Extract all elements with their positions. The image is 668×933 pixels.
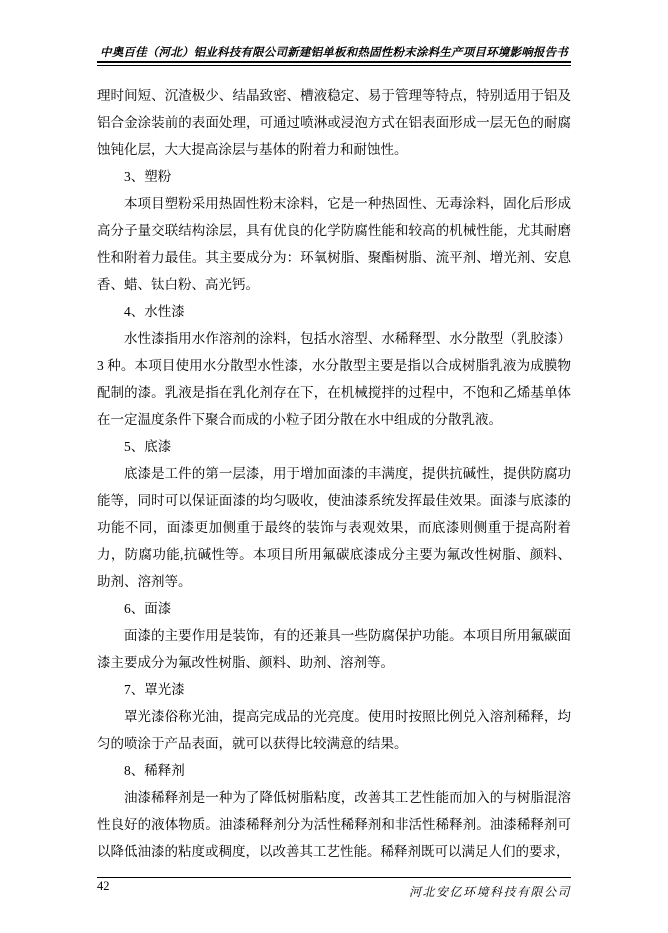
section-heading-8-xishiji: 8、稀释剂: [97, 757, 571, 784]
header-double-rule: [97, 61, 571, 66]
paragraph: 水性漆指用水作溶剂的涂料，包括水溶型、水稀释型、水分散型（乳胶漆）3 种。本项目…: [97, 325, 571, 433]
paragraph: 罩光漆俗称光油，提高完成品的光亮度。使用时按照比例兑入溶剂稀释，均匀的喷涂于产品…: [97, 703, 571, 757]
document-page: 中奥百佳（河北）铝业科技有限公司新建铝单板和热固性粉末涂料生产项目环境影响报告书…: [0, 0, 668, 933]
section-heading-6-mianqi: 6、面漆: [97, 595, 571, 622]
footer-company-name: 河北安亿环境科技有限公司: [97, 883, 571, 900]
section-heading-5-diqi: 5、底漆: [97, 433, 571, 460]
paragraph: 本项目塑粉采用热固性粉末涂料，它是一种热固性、无毒涂料，固化后形成高分子量交联结…: [97, 190, 571, 298]
section-heading-7-zhaoguangqi: 7、罩光漆: [97, 676, 571, 703]
section-heading-4-shuixingqi: 4、水性漆: [97, 298, 571, 325]
section-heading-3-suofen: 3、塑粉: [97, 163, 571, 190]
paragraph: 油漆稀释剂是一种为了降低树脂粘度，改善其工艺性能而加入的与树脂混溶性良好的液体物…: [97, 784, 571, 865]
page-header-title: 中奥百佳（河北）铝业科技有限公司新建铝单板和热固性粉末涂料生产项目环境影响报告书: [97, 44, 571, 60]
footer-rule: [97, 877, 571, 878]
paragraph: 底漆是工件的第一层漆，用于增加面漆的丰满度，提供抗碱性，提供防腐功能等，同时可以…: [97, 460, 571, 595]
paragraph: 面漆的主要作用是装饰，有的还兼具一些防腐保护功能。本项目所用氟碳面漆主要成分为氟…: [97, 622, 571, 676]
document-body: 理时间短、沉渣极少、结晶致密、槽液稳定、易于管理等特点，特别适用于铝及铝合金涂装…: [97, 82, 571, 865]
paragraph: 理时间短、沉渣极少、结晶致密、槽液稳定、易于管理等特点，特别适用于铝及铝合金涂装…: [97, 82, 571, 163]
